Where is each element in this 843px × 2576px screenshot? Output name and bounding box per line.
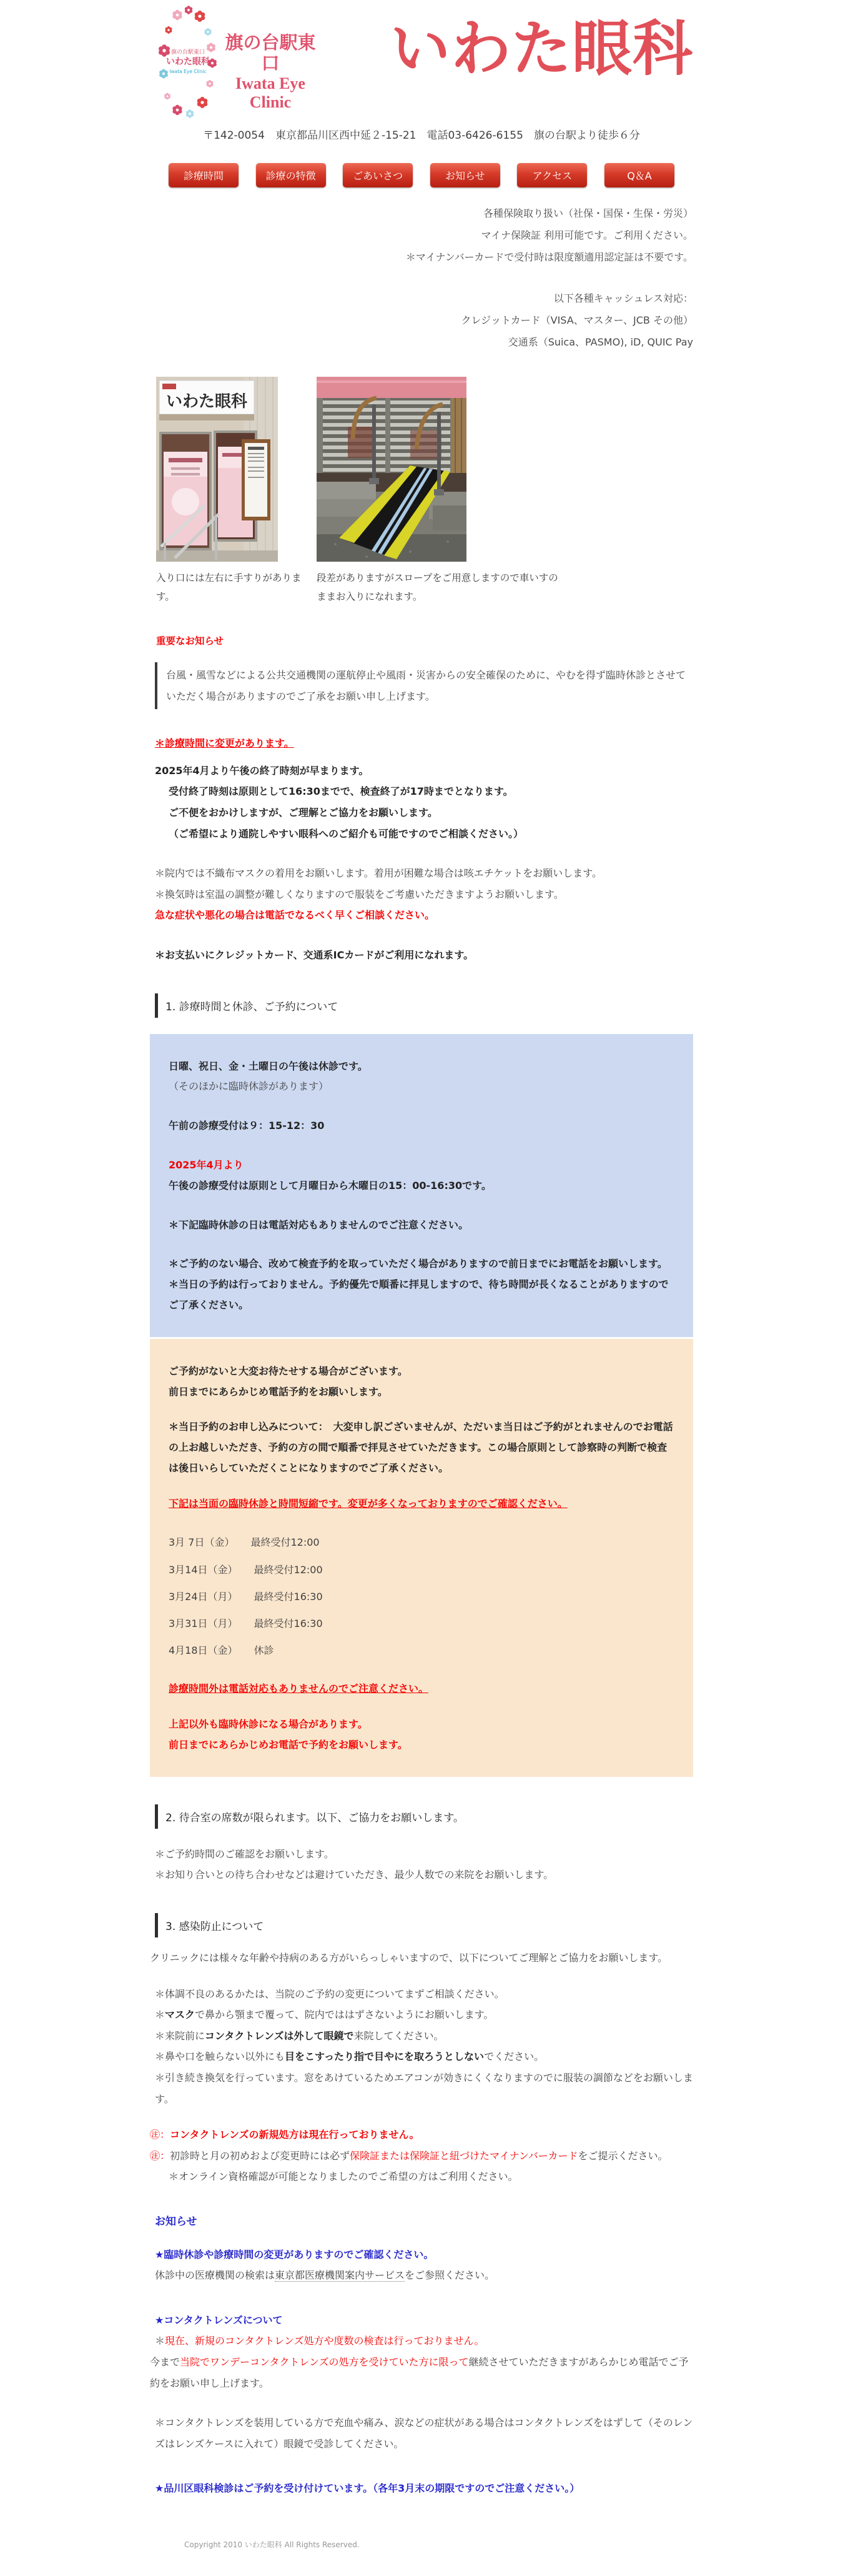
nav-button-greeting[interactable]: ごあいさつ bbox=[343, 163, 413, 187]
schedule-date: 3月 7日（金） bbox=[169, 1536, 234, 1548]
section3-heading: 3. 感染防止について bbox=[155, 1913, 693, 1937]
footer-copyright: Copyright 2010 いわた眼科 All Rights Reserved… bbox=[184, 2539, 693, 2550]
extra-closures: （そのほかに臨時休診があります） bbox=[169, 1077, 674, 1097]
cashless-line: クレジットカード（VISA、マスター、JCB その他） bbox=[150, 309, 693, 331]
hours-info-box: 日曜、祝日、金・土曜日の午後は休診です。 （そのほかに臨時休診があります） 午前… bbox=[150, 1034, 693, 1337]
news-item: ★臨時休診や診療時間の変更がありますのでご確認ください。 bbox=[150, 2244, 693, 2265]
main-nav: 診療時間 診療の特徴 ごあいさつ お知らせ アクセス Q＆A bbox=[169, 163, 674, 187]
payment-note: ＊お支払いにクレジットカード、交通系ICカードがご利用になれます。 bbox=[150, 945, 693, 966]
hours-change-title: ＊診療時間に変更があります。 bbox=[150, 733, 693, 754]
station-name: 旗の台駅東口 bbox=[224, 32, 317, 74]
contact-lens-mark-note: ㊟：コンタクトレンズの新規処方は現在行っておりません。 bbox=[150, 2124, 693, 2146]
schedule-row: 4月18日（金）休診 bbox=[169, 1637, 674, 1664]
cashless-line: 交通系（Suica、PASMO), iD, QUIC Pay bbox=[150, 331, 693, 353]
advance-phone-note2: 前日までにあらかじめお電話で予約をお願いします。 bbox=[169, 1735, 674, 1756]
mask-note: ＊院内では不織布マスクの着用をお願いします。着用が困難な場合は咳エチケットをお願… bbox=[150, 863, 693, 884]
logo-station-text: 旗の台駅東口 bbox=[171, 48, 205, 56]
clinic-name-en: Iwata Eye Clinic bbox=[224, 74, 317, 112]
insurance-card-mark-note: ㊟：初診時と月の初めおよび変更時には必ず保険証または保険証と紐づけたマイナンバー… bbox=[150, 2146, 693, 2167]
ramp-photo-column: 段差がありますがスロープをご用意しますので車いすのままお入りになれます。 bbox=[317, 377, 693, 606]
schedule-status: 最終受付12:00 bbox=[254, 1564, 323, 1576]
schedule-date: 3月14日（金） bbox=[169, 1564, 238, 1576]
ventilation-note: ＊換気時は室温の調整が難しくなりますので服装をご考慮いただきますようお願いします… bbox=[150, 884, 693, 905]
schedule-date: 4月18日（金） bbox=[169, 1644, 238, 1656]
hours-change-line: 2025年4月より午後の終了時刻が早まります。 bbox=[150, 760, 693, 782]
from-april-label: 2025年4月より bbox=[169, 1155, 674, 1176]
insurance-info: 各種保険取り扱い（社保・国保・生保・労災） マイナ保険証 利用可能です。ご利用く… bbox=[150, 202, 693, 269]
contact-lens-symptom-note: ＊コンタクトレンズを装用している方で充血や痛み、涙などの症状がある場合はコンタク… bbox=[150, 2412, 693, 2454]
header-station-block: 旗の台駅東口 Iwata Eye Clinic bbox=[224, 32, 317, 111]
other-closures-note: 上記以外も臨時休診になる場合があります。 bbox=[169, 1714, 674, 1735]
section2-heading: 2. 待合室の席数が限られます。以下、ご協力をお願いします。 bbox=[155, 1804, 693, 1829]
tokyo-medical-service-link[interactable]: 東京都医療機関案内サービス bbox=[275, 2269, 405, 2282]
entrance-photo-column: いわた眼科 bbox=[156, 377, 317, 606]
schedule-row: 3月24日（月）最終受付16:30 bbox=[169, 1583, 674, 1610]
note-bold-text: 目をこすったり指で目やにを取ろうとしない bbox=[285, 2051, 484, 2062]
hours-change-line: （ご希望により通院しやすい眼科へのご紹介も可能ですのでご相談ください。） bbox=[150, 823, 693, 845]
entrance-caption: 入り口には左右に手すりがあります。 bbox=[156, 569, 317, 606]
checkup-notice: ★品川区眼科検診はご予約を受け付けています。（各年3月末の期限ですのでご注意くだ… bbox=[150, 2478, 693, 2499]
schedule-date: 3月31日（月） bbox=[169, 1618, 238, 1629]
note-red-text: 当院でワンデーコンタクトレンズの処方を受けていた方に限って bbox=[180, 2356, 468, 2368]
hospital-search-note: 休診中の医療機関の検索は東京都医療機関案内サービスをご参照ください。 bbox=[150, 2265, 693, 2286]
logo-clinic-name: いわた眼科 bbox=[166, 56, 210, 67]
hours-change-line: ご不便をおかけしますが、ご理解とご協力をお願いします。 bbox=[150, 802, 693, 823]
note-text: ＊鼻や口を触らない以外にも bbox=[155, 2051, 285, 2062]
logo-clinic-name-en: Iwata Eye Clinic bbox=[169, 69, 206, 74]
note-text: ＊ bbox=[155, 2009, 165, 2021]
note-text: 初診時と月の初めおよび変更時には必ず bbox=[170, 2150, 350, 2162]
closed-days: 日曜、祝日、金・土曜日の午後は休診です。 bbox=[169, 1057, 674, 1077]
header: 旗の台駅東口 いわた眼科 Iwata Eye Clinic 旗の台駅東口 Iwa… bbox=[150, 0, 693, 120]
schedule-row: 3月 7日（金）最終受付12:00 bbox=[169, 1529, 674, 1556]
important-notice-heading: 重要なお知らせ bbox=[156, 634, 693, 647]
schedule-row: 3月31日（月）最終受付16:30 bbox=[169, 1610, 674, 1637]
note-text: 休診中の医療機関の検索は bbox=[155, 2269, 275, 2281]
ramp-photo bbox=[317, 377, 466, 562]
weather-closure-notice: 台風・風雪などによる公共交通機関の運航停止や風雨・災害からの安全確保のために、や… bbox=[155, 662, 693, 709]
note-red-text: 現在、新規のコンタクトレンズ処方や度数の検査は行っておりません。 bbox=[165, 2335, 484, 2347]
urgent-symptoms-note: 急な症状や悪化の場合は電話でなるべく早くご相談ください。 bbox=[150, 905, 693, 926]
note-mark-icon: ㊟： bbox=[150, 2129, 170, 2141]
entrance-sign-text: いわた眼科 bbox=[166, 392, 248, 411]
schedule-status: 休診 bbox=[254, 1644, 274, 1656]
note-text: 今まで bbox=[150, 2356, 180, 2368]
contact-lens-heading: ★コンタクトレンズについて bbox=[150, 2310, 693, 2331]
photo-row: いわた眼科 bbox=[150, 377, 693, 606]
note-text: ＊ bbox=[155, 2335, 165, 2347]
note-mark-icon: ㊟： bbox=[150, 2150, 170, 2162]
ramp-caption: 段差がありますがスロープをご用意しますので車いすのままお入りになれます。 bbox=[317, 569, 566, 606]
cashless-info: 以下各種キャッシュレス対応： クレジットカード（VISA、マスター、JCB その… bbox=[150, 287, 693, 354]
clinic-logo: 旗の台駅東口 いわた眼科 Iwata Eye Clinic bbox=[159, 4, 217, 122]
nav-button-features[interactable]: 診療の特徴 bbox=[256, 163, 326, 187]
after-hours-warning: 診療時間外は電話対応もありませんのでご注意ください。 bbox=[169, 1679, 674, 1699]
phone-unavailable-warning: ＊下記臨時休診の日は電話対応もありませんのでご注意ください。 bbox=[169, 1215, 674, 1236]
same-day-note: ＊当日の予約は行っておりません。予約優先で順番に拝見しますので、待ち時間が長くな… bbox=[169, 1275, 674, 1316]
temporary-schedule-list: 3月 7日（金）最終受付12:00 3月14日（金）最終受付12:00 3月24… bbox=[169, 1529, 674, 1664]
page: 旗の台駅東口 いわた眼科 Iwata Eye Clinic 旗の台駅東口 Iwa… bbox=[150, 0, 693, 2550]
note-text: ＊来院前に bbox=[155, 2030, 205, 2042]
nav-button-qa[interactable]: Q＆A bbox=[604, 163, 674, 187]
schedule-status: 最終受付12:00 bbox=[250, 1536, 319, 1548]
cashless-line: 以下各種キャッシュレス対応： bbox=[150, 287, 693, 309]
infection-note: ＊マスクで鼻から顎まで覆って、院内でははずさないようにお願いします。 bbox=[150, 2004, 693, 2026]
reservation-info-box: ご予約がないと大変お待たせする場合がございます。 前日までにあらかじめ電話予約を… bbox=[150, 1339, 693, 1777]
waiting-room-note: ＊ご予約時間のご確認をお願いします。 bbox=[150, 1844, 693, 1865]
wait-warning: ご予約がないと大変お待たせする場合がございます。 bbox=[169, 1361, 674, 1382]
schedule-status: 最終受付16:30 bbox=[254, 1591, 323, 1603]
infection-note: ＊来院前にコンタクトレンズは外して眼鏡で来院してください。 bbox=[150, 2026, 693, 2047]
note-text: で鼻から顎まで覆って、院内でははずさないようにお願いします。 bbox=[195, 2009, 493, 2021]
contact-lens-note: 今まで当院でワンデーコンタクトレンズの処方を受けていた方に限って継続させていただ… bbox=[150, 2352, 693, 2394]
nav-button-access[interactable]: アクセス bbox=[517, 163, 587, 187]
am-hours: 午前の診療受付は９：15-12：30 bbox=[169, 1116, 674, 1136]
insurance-line: 各種保険取り扱い（社保・国保・生保・労災） bbox=[150, 202, 693, 224]
news-heading: お知らせ bbox=[155, 2211, 693, 2234]
clinic-title: いわた眼科 bbox=[390, 16, 693, 82]
contact-lens-note: ＊現在、新規のコンタクトレンズ処方や度数の検査は行っておりません。 bbox=[150, 2330, 693, 2352]
pm-hours: 午後の診療受付は原則として月曜日から木曜日の15：00-16:30です。 bbox=[169, 1176, 674, 1196]
note-red-text: 保険証または保険証と紐づけたマイナンバーカード bbox=[350, 2150, 578, 2162]
no-reservation-note: ＊ご予約のない場合、改めて検査予約を取っていただく場合がありますので前日までにお… bbox=[169, 1254, 674, 1275]
online-verification-note: ＊オンライン資格確認が可能となりましたのでご希望の方はご利用ください。 bbox=[150, 2166, 693, 2187]
note-bold-text: マスク bbox=[165, 2009, 195, 2021]
advance-phone-note: 前日までにあらかじめ電話予約をお願いします。 bbox=[169, 1382, 674, 1403]
clinic-address: 〒142-0054 東京都品川区西中延２-15-21 電話03-6426-615… bbox=[150, 126, 693, 142]
ventilation-ongoing-note: ＊引き続き換気を行っています。窓をあけているためエアコンが効きにくくなりますので… bbox=[150, 2067, 693, 2109]
note-text: 来院してください。 bbox=[354, 2030, 444, 2042]
insurance-line: マイナ保険証 利用可能です。ご利用ください。 bbox=[150, 224, 693, 246]
waiting-room-note: ＊お知り合いとの待ち合わせなどは避けていただき、最少人数での来院をお願いします。 bbox=[150, 1864, 693, 1886]
same-day-detail: ＊当日予約のお申し込みについて： 大変申し訳ございませんが、ただいま当日はご予約… bbox=[169, 1417, 674, 1478]
clinic-entrance-photo: いわた眼科 bbox=[156, 377, 278, 562]
hours-change-line: 受付終了時刻は原則として16:30までで、検査終了が17時までとなります。 bbox=[150, 781, 693, 802]
temporary-schedule-notice: 下記は当面の臨時休診と時間短縮です。変更が多くなっておりますのでご確認ください。 bbox=[169, 1494, 674, 1514]
nav-button-news[interactable]: お知らせ bbox=[430, 163, 500, 187]
section1-heading: 1. 診療時間と休診、ご予約について bbox=[155, 993, 693, 1018]
note-text: でください。 bbox=[484, 2051, 544, 2062]
note-text: をご参照ください。 bbox=[405, 2269, 495, 2281]
insurance-line: ＊マイナンバーカードで受付時は限度額適用認定証は不要です。 bbox=[150, 246, 693, 268]
note-bold-text: コンタクトレンズは外して眼鏡で bbox=[205, 2030, 353, 2042]
schedule-date: 3月24日（月） bbox=[169, 1591, 238, 1603]
infection-note: ＊鼻や口を触らない以外にも目をこすったり指で目やにを取ろうとしないでください。 bbox=[150, 2046, 693, 2067]
schedule-row: 3月14日（金）最終受付12:00 bbox=[169, 1556, 674, 1583]
note-text: をご提示ください。 bbox=[578, 2150, 668, 2162]
note-red-text: コンタクトレンズの新規処方は現在行っておりません。 bbox=[170, 2129, 419, 2141]
nav-button-hours[interactable]: 診療時間 bbox=[169, 163, 239, 187]
schedule-status: 最終受付16:30 bbox=[254, 1618, 323, 1629]
infection-intro: クリニックには様々な年齢や持病のある方がいらっしゃいますので、以下についてご理解… bbox=[150, 1947, 693, 1969]
infection-note: ＊体調不良のあるかたは、当院のご予約の変更についてまずご相談ください。 bbox=[150, 1984, 693, 2005]
